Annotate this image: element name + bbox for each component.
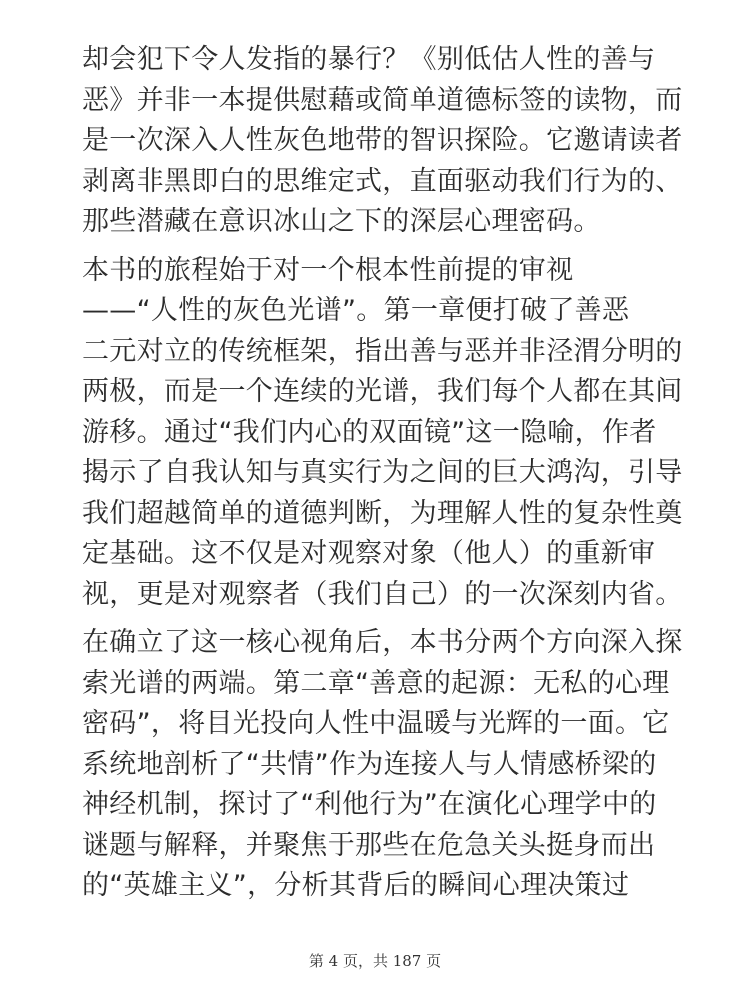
text-line: 索光谱的两端。第二章“善意的起源：无私的心理: [82, 664, 674, 705]
text-line: ——“人性的灰色光谱”。第一章便打破了善恶: [82, 291, 674, 332]
text-line: 两极，而是一个连续的光谱，我们每个人都在其间: [82, 372, 674, 413]
paragraph-1: 却会犯下令人发指的暴行？《别低估人性的善与 恶》并非一本提供慰藉或简单道德标签的…: [82, 40, 674, 243]
page-indicator: 第 4 页，共 187 页: [0, 950, 750, 971]
text-line: 是一次深入人性灰色地带的智识探险。它邀请读者: [82, 121, 674, 162]
text-line: 二元对立的传统框架，指出善与恶并非泾渭分明的: [82, 332, 674, 373]
text-line: 本书的旅程始于对一个根本性前提的审视: [82, 251, 674, 292]
text-line: 神经机制，探讨了“利他行为”在演化心理学中的: [82, 785, 674, 826]
text-line: 在确立了这一核心视角后，本书分两个方向深入探: [82, 623, 674, 664]
paragraph-3: 在确立了这一核心视角后，本书分两个方向深入探 索光谱的两端。第二章“善意的起源：…: [82, 623, 674, 907]
text-line: 视，更是对观察者（我们自己）的一次深刻内省。: [82, 575, 674, 616]
text-line: 揭示了自我认知与真实行为之间的巨大鸿沟，引导: [82, 453, 674, 494]
text-line: 恶》并非一本提供慰藉或简单道德标签的读物，而: [82, 81, 674, 122]
document-page: 却会犯下令人发指的暴行？《别低估人性的善与 恶》并非一本提供慰藉或简单道德标签的…: [82, 40, 674, 915]
text-line: 我们超越简单的道德判断，为理解人性的复杂性奠: [82, 494, 674, 535]
text-line: 密码”，将目光投向人性中温暖与光辉的一面。它: [82, 704, 674, 745]
text-line: 游移。通过“我们内心的双面镜”这一隐喻，作者: [82, 413, 674, 454]
text-line: 系统地剖析了“共情”作为连接人与人情感桥梁的: [82, 745, 674, 786]
text-line: 那些潜藏在意识冰山之下的深层心理密码。: [82, 202, 674, 243]
text-line: 的“英雄主义”，分析其背后的瞬间心理决策过: [82, 866, 674, 907]
text-line: 谜题与解释，并聚焦于那些在危急关头挺身而出: [82, 826, 674, 867]
text-line: 定基础。这不仅是对观察对象（他人）的重新审: [82, 534, 674, 575]
paragraph-2: 本书的旅程始于对一个根本性前提的审视 ——“人性的灰色光谱”。第一章便打破了善恶…: [82, 251, 674, 616]
text-line: 剥离非黑即白的思维定式，直面驱动我们行为的、: [82, 162, 674, 203]
text-line: 却会犯下令人发指的暴行？《别低估人性的善与: [82, 40, 674, 81]
